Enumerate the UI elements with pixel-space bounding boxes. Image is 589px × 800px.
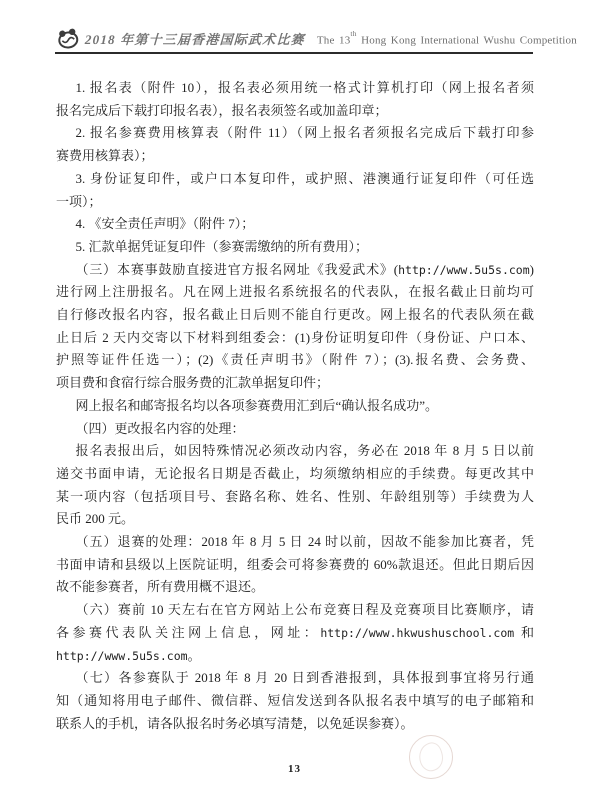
body-text: 各参赛代表队关注网上信息，网址： <box>56 625 320 640</box>
document-body: 1. 报名表（附件 10），报名表必须用统一格式计算机打印（网上报名者须报名完成… <box>56 77 534 735</box>
body-text: 书面申请和县级以上医院证明，组委会可将参赛费的 60%款退还。但此日期后因 <box>56 557 534 572</box>
body-text: （四）更改报名内容的处理： <box>76 421 245 436</box>
header-title-en: The 13th Hong Kong International Wushu C… <box>317 32 577 47</box>
page-number: 13 <box>0 763 589 775</box>
body-text: （七）各参赛队于 2018 年 8 月 20 日到香港报到，具体报到事宜将另行通 <box>76 670 535 685</box>
text-line: 5. 汇款单据凭证复印件（参赛需缴纳的所有费用）； <box>56 236 534 259</box>
body-text: 赛费用核算表）； <box>56 148 154 163</box>
text-line: 1. 报名表（附件 10），报名表必须用统一格式计算机打印（网上报名者须 <box>56 77 534 100</box>
text-line: 报名完成后下载打印报名表），报名表须签名或加盖印章； <box>56 100 534 123</box>
body-text: 护照等证件任选一）；(2)《责任声明书》（附件 7）；(3).报名费、会务费、 <box>56 352 534 367</box>
body-text: 递交书面申请，无论报名日期是否截止，均须缴纳相应的手续费。每更改其中 <box>56 466 534 481</box>
body-text: （三）本赛事鼓励直接进官方报名网址《我爱武术》( <box>76 262 399 277</box>
text-line: 赛费用核算表）； <box>56 145 534 168</box>
body-text: 报名表报出后，如因特殊情况必须改动内容，务必在 2018 年 8 月 5 日以前 <box>76 443 535 458</box>
body-text: 止日后 2 天内交寄以下材料到组委会：(1)身份证明复印件（身份证、户口本、 <box>56 330 534 345</box>
text-line: 4. 《安全责任声明》（附件 7）； <box>56 213 534 236</box>
text-line: 进行网上注册报名。凡在网上进报名系统报名的代表队，在报名截止日前均可 <box>56 281 534 304</box>
text-line: 各参赛代表队关注网上信息，网址：http://www.hkwushuschool… <box>56 622 534 645</box>
text-line: （三）本赛事鼓励直接进官方报名网址《我爱武术》(http://www.5u5s.… <box>56 259 534 282</box>
body-text: 报名完成后下载打印报名表），报名表须签名或加盖印章； <box>56 103 388 118</box>
body-text: 。 <box>188 648 201 663</box>
body-text: 自行修改报名内容，报名截止日后则不能自行更改。网上报名的代表队须在截 <box>56 307 534 322</box>
url-text: http://www.5u5s.com <box>56 649 188 663</box>
header-divider <box>55 52 533 54</box>
text-line: 联系人的手机，请各队报名时务必填写清楚，以免延误参赛）。 <box>56 713 534 736</box>
body-text: 1. 报名表（附件 10），报名表必须用统一格式计算机打印（网上报名者须 <box>76 80 535 95</box>
body-text: 联系人的手机，请各队报名时务必填写清楚，以免延误参赛）。 <box>56 716 414 731</box>
text-line: 项目费和食宿行综合服务费的汇款单据复印件； <box>56 372 534 395</box>
body-text: （六）赛前 10 天左右在官方网站上公布竞赛日程及竞赛项目比赛顺序，请 <box>76 602 535 617</box>
body-text: 2. 报名参赛费用核算表（附件 11）（网上报名者须报名完成后下载打印参 <box>76 125 535 140</box>
header-title-zh: 2018 年第十三届香港国际武术比赛 <box>85 29 306 48</box>
header-title-en-post: Hong Kong International Wushu Competitio… <box>357 35 577 47</box>
header-title-en-ordinal: th <box>350 29 356 38</box>
body-text: 3. 身份证复印件，或户口本复印件，或护照、港澳通行证复印件（可任选 <box>76 171 535 186</box>
text-line: 故不能参赛者，所有费用概不退还。 <box>56 576 534 599</box>
body-text: 民币 200 元。 <box>56 511 134 526</box>
body-text: 网上报名和邮寄报名均以各项参赛费用汇到后“确认报名成功”。 <box>76 398 439 413</box>
text-line: 止日后 2 天内交寄以下材料到组委会：(1)身份证明复印件（身份证、户口本、 <box>56 327 534 350</box>
text-line: 书面申请和县级以上医院证明，组委会可将参赛费的 60%款退还。但此日期后因 <box>56 554 534 577</box>
body-text: 故不能参赛者，所有费用概不退还。 <box>56 579 264 594</box>
url-text: http://www.hkwushuschool.com <box>320 626 514 640</box>
body-text: ) <box>530 262 534 277</box>
text-line: （四）更改报名内容的处理： <box>56 418 534 441</box>
body-text: 某一项内容（包括项目号、套路名称、姓名、性别、年龄组别等）手续费为人 <box>56 489 534 504</box>
text-line: 递交书面申请，无论报名日期是否截止，均须缴纳相应的手续费。每更改其中 <box>56 463 534 486</box>
text-line: 3. 身份证复印件，或户口本复印件，或护照、港澳通行证复印件（可任选 <box>56 168 534 191</box>
competition-logo-icon <box>55 27 81 50</box>
body-text: 5. 汇款单据凭证复印件（参赛需缴纳的所有费用）； <box>76 239 369 254</box>
url-text: http://www.5u5s.com <box>398 263 530 277</box>
text-line: http://www.5u5s.com。 <box>56 645 534 668</box>
text-line: （五）退赛的处理：2018 年 8 月 5 日 24 时以前，因故不能参加比赛者… <box>56 531 534 554</box>
body-text: 和 <box>514 625 534 640</box>
text-line: 一项）； <box>56 191 534 214</box>
body-text: （五）退赛的处理：2018 年 8 月 5 日 24 时以前，因故不能参加比赛者… <box>76 534 535 549</box>
document-header: 2018 年第十三届香港国际武术比赛 The 13th Hong Kong In… <box>55 22 549 48</box>
body-text: 项目费和食宿行综合服务费的汇款单据复印件； <box>56 375 329 390</box>
text-line: 某一项内容（包括项目号、套路名称、姓名、性别、年龄组别等）手续费为人 <box>56 486 534 509</box>
text-line: （七）各参赛队于 2018 年 8 月 20 日到香港报到，具体报到事宜将另行通 <box>56 667 534 690</box>
text-line: 网上报名和邮寄报名均以各项参赛费用汇到后“确认报名成功”。 <box>56 395 534 418</box>
text-line: 民币 200 元。 <box>56 508 534 531</box>
body-text: 知（通知将用电子邮件、微信群、短信发送到各队报名表中填写的电子邮箱和 <box>56 693 534 708</box>
body-text: 4. 《安全责任声明》（附件 7）； <box>76 216 255 231</box>
text-line: （六）赛前 10 天左右在官方网站上公布竞赛日程及竞赛项目比赛顺序，请 <box>56 599 534 622</box>
body-text: 进行网上注册报名。凡在网上进报名系统报名的代表队，在报名截止日前均可 <box>56 284 534 299</box>
text-line: 报名表报出后，如因特殊情况必须改动内容，务必在 2018 年 8 月 5 日以前 <box>56 440 534 463</box>
body-text: 一项）； <box>56 194 102 209</box>
text-line: 护照等证件任选一）；(2)《责任声明书》（附件 7）；(3).报名费、会务费、 <box>56 349 534 372</box>
text-line: 2. 报名参赛费用核算表（附件 11）（网上报名者须报名完成后下载打印参 <box>56 122 534 145</box>
text-line: 知（通知将用电子邮件、微信群、短信发送到各队报名表中填写的电子邮箱和 <box>56 690 534 713</box>
text-line: 自行修改报名内容，报名截止日后则不能自行更改。网上报名的代表队须在截 <box>56 304 534 327</box>
header-title-en-pre: The 13 <box>317 35 351 47</box>
document-page: 2018 年第十三届香港国际武术比赛 The 13th Hong Kong In… <box>0 0 589 800</box>
